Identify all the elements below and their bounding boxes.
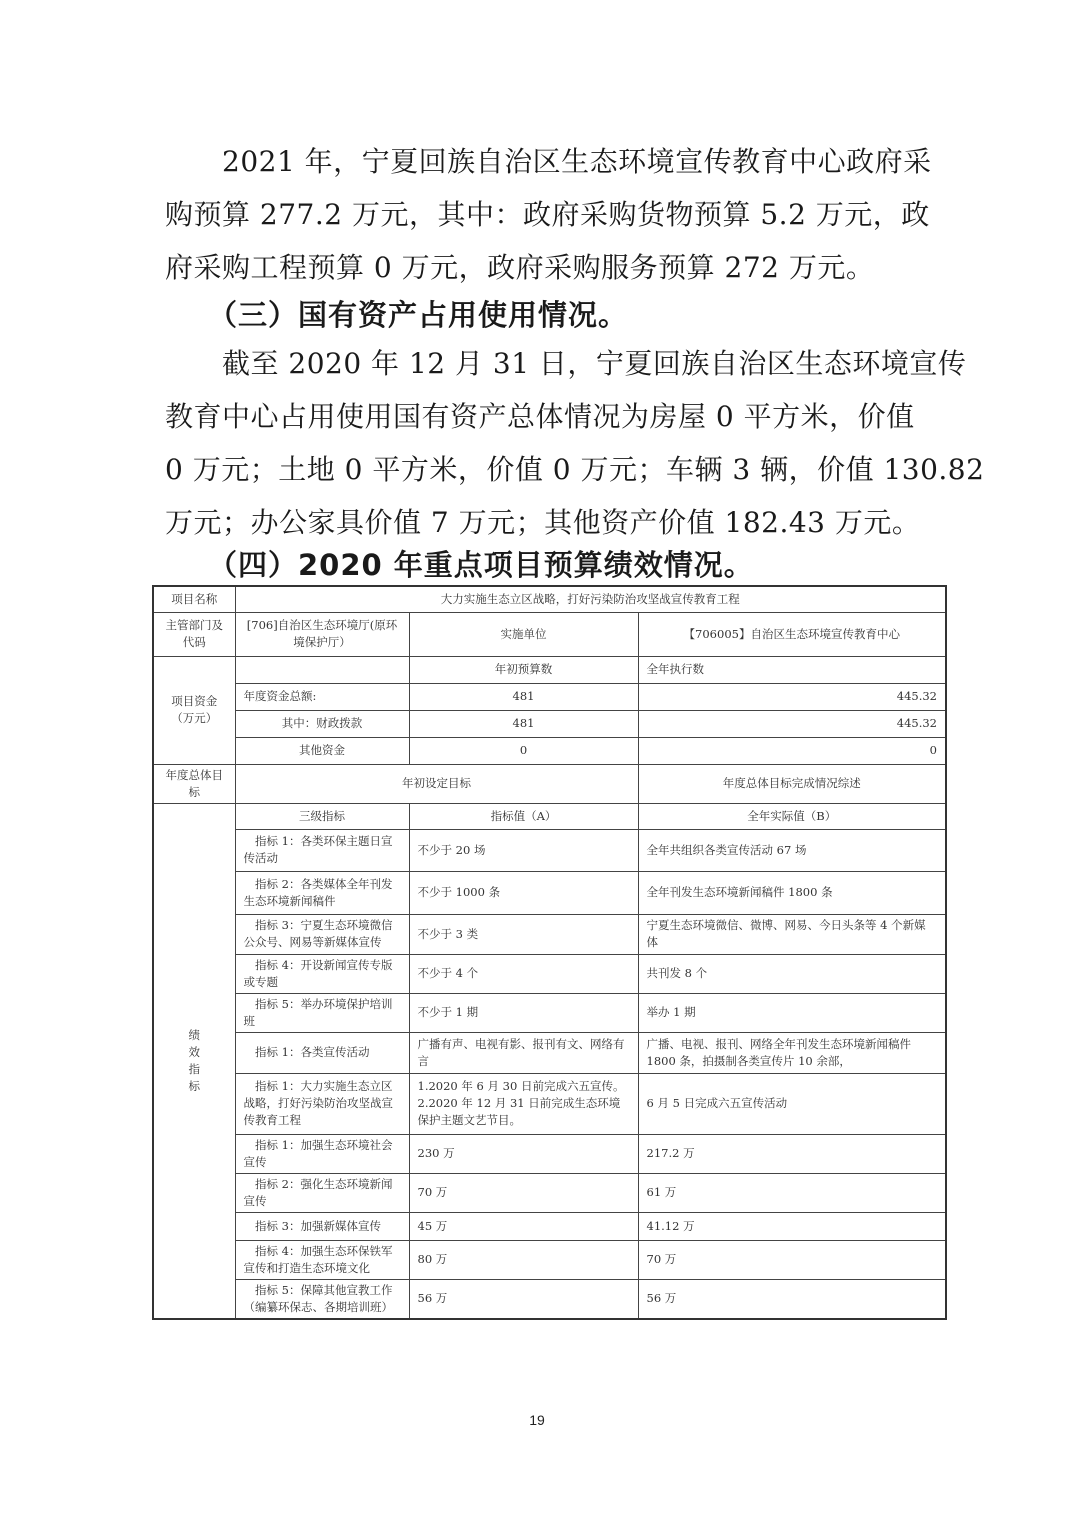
indicator-cell: 指标 1：各类宣传活动: [235, 1032, 409, 1073]
paragraph-line: 府采购工程预算 0 万元，政府采购服务预算 272 万元。: [165, 241, 915, 294]
table-row: 指标 1：各类宣传活动 广播有声、电视有影、报刊有文、网络有言 广播、电视、报刊…: [153, 1032, 946, 1073]
indicator-cell: 指标 1：大力实施生态立区战略，打好污染防治攻坚战宣传教育工程: [235, 1073, 409, 1134]
indicator-cell: 指标 3：宁夏生态环境微信公众号、网易等新媒体宣传: [235, 914, 409, 954]
table-row: 指标 1：加强生态环境社会宣传 230 万 217.2 万: [153, 1134, 946, 1173]
table-row: 指标 4：开设新闻宣传专版或专题 不少于 4 个 共刊发 8 个: [153, 954, 946, 993]
actual-cell: 6 月 5 日完成六五宣传活动: [638, 1073, 946, 1134]
goal-set: 年初设定目标: [235, 764, 638, 803]
indicator-cell: 指标 5：保障其他宣教工作（编纂环保志、各期培训班）: [235, 1279, 409, 1319]
indicator-cell: 指标 4：加强生态环保铁军宣传和打造生态环境文化: [235, 1240, 409, 1279]
table-row: 年度总体目标 年初设定目标 年度总体目标完成情况综述: [153, 764, 946, 803]
performance-table: 项目名称 大力实施生态立区战略，打好污染防治攻坚战宣传教育工程 主管部门及代码 …: [152, 585, 947, 1320]
table-row: 项目名称 大力实施生态立区战略，打好污染防治攻坚战宣传教育工程: [153, 586, 946, 612]
paragraph-line: 0 万元；土地 0 平方米，价值 0 万元；车辆 3 辆，价值 130.82: [165, 443, 915, 496]
funds-label: 项目资金（万元）: [153, 656, 235, 764]
target-cell: 80 万: [409, 1240, 638, 1279]
funds-row-label: 其中：财政拨款: [235, 710, 409, 737]
target-cell: 不少于 1 期: [409, 993, 638, 1032]
paragraph-line: 购预算 277.2 万元，其中：政府采购货物预算 5.2 万元，政: [165, 188, 915, 241]
table-row: 其他资金 0 0: [153, 737, 946, 764]
target-cell: 70 万: [409, 1173, 638, 1212]
section-heading-assets: （三）国有资产占用使用情况。: [208, 293, 628, 334]
section-heading-performance: （四）2020 年重点项目预算绩效情况。: [208, 543, 754, 584]
goal-label: 年度总体目标: [153, 764, 235, 803]
page-number: 19: [0, 1412, 1074, 1428]
executed-header: 全年执行数: [638, 656, 946, 683]
actual-cell: 41.12 万: [638, 1212, 946, 1240]
table-row: 指标 3：加强新媒体宣传 45 万 41.12 万: [153, 1212, 946, 1240]
actual-cell: 56 万: [638, 1279, 946, 1319]
table-row: 指标 2：强化生态环境新闻宣传 70 万 61 万: [153, 1173, 946, 1212]
target-cell: 不少于 20 场: [409, 829, 638, 871]
table-row: 主管部门及代码 [706]自治区生态环境厅(原环境保护厅） 实施单位 【7060…: [153, 612, 946, 656]
indicator-cell: 指标 1：各类环保主题日宣传活动: [235, 829, 409, 871]
target-cell: 广播有声、电视有影、报刊有文、网络有言: [409, 1032, 638, 1073]
funds-budget: 481: [409, 683, 638, 710]
actual-cell: 70 万: [638, 1240, 946, 1279]
dept-value: [706]自治区生态环境厅(原环境保护厅）: [235, 612, 409, 656]
indicator-cell: 指标 3：加强新媒体宣传: [235, 1212, 409, 1240]
target-cell: 56 万: [409, 1279, 638, 1319]
actual-cell: 全年共组织各类宣传活动 67 场: [638, 829, 946, 871]
target-cell: 不少于 4 个: [409, 954, 638, 993]
table-row: 指标 1：大力实施生态立区战略，打好污染防治攻坚战宣传教育工程 1.2020 年…: [153, 1073, 946, 1134]
procurement-paragraph: 2021 年，宁夏回族自治区生态环境宣传教育中心政府采 购预算 277.2 万元…: [165, 135, 915, 294]
funds-executed: 445.32: [638, 683, 946, 710]
table-row: 指标 1：各类环保主题日宣传活动 不少于 20 场 全年共组织各类宣传活动 67…: [153, 829, 946, 871]
table-row: 指标 5：保障其他宣教工作（编纂环保志、各期培训班） 56 万 56 万: [153, 1279, 946, 1319]
funds-executed: 0: [638, 737, 946, 764]
indicator-cell: 指标 2：强化生态环境新闻宣传: [235, 1173, 409, 1212]
actual-cell: 全年刊发生态环境新闻稿件 1800 条: [638, 871, 946, 914]
paragraph-line: 教育中心占用使用国有资产总体情况为房屋 0 平方米，价值: [165, 390, 915, 443]
perf-label-text: 绩效指标: [187, 1027, 201, 1095]
actual-cell: 共刊发 8 个: [638, 954, 946, 993]
dept-label: 主管部门及代码: [153, 612, 235, 656]
table-row: 绩效指标 三级指标 指标值（A） 全年实际值（B）: [153, 803, 946, 829]
indicator-cell: 指标 1：加强生态环境社会宣传: [235, 1134, 409, 1173]
target-cell: 230 万: [409, 1134, 638, 1173]
table-row: 年度资金总额: 481 445.32: [153, 683, 946, 710]
target-header: 指标值（A）: [409, 803, 638, 829]
paragraph-line: 2021 年，宁夏回族自治区生态环境宣传教育中心政府采: [165, 135, 915, 188]
paragraph-line: 万元；办公家具价值 7 万元；其他资产价值 182.43 万元。: [165, 496, 915, 549]
target-cell: 45 万: [409, 1212, 638, 1240]
target-cell: 不少于 3 类: [409, 914, 638, 954]
project-name-value: 大力实施生态立区战略，打好污染防治攻坚战宣传教育工程: [235, 586, 946, 612]
funds-row-label: 年度资金总额:: [235, 683, 409, 710]
table-row: 指标 5：举办环境保护培训班 不少于 1 期 举办 1 期: [153, 993, 946, 1032]
actual-cell: 举办 1 期: [638, 993, 946, 1032]
actual-header: 全年实际值（B）: [638, 803, 946, 829]
indicator-cell: 指标 2：各类媒体全年刊发生态环境新闻稿件: [235, 871, 409, 914]
indicator-cell: 指标 5：举办环境保护培训班: [235, 993, 409, 1032]
perf-label: 绩效指标: [153, 803, 235, 1319]
goal-summary: 年度总体目标完成情况综述: [638, 764, 946, 803]
funds-row-label: 其他资金: [235, 737, 409, 764]
funds-budget: 0: [409, 737, 638, 764]
table-row: 指标 2：各类媒体全年刊发生态环境新闻稿件 不少于 1000 条 全年刊发生态环…: [153, 871, 946, 914]
indicator-header: 三级指标: [235, 803, 409, 829]
actual-cell: 广播、电视、报刊、网络全年刊发生态环境新闻稿件 1800 条，拍摄制各类宣传片 …: [638, 1032, 946, 1073]
table-row: 项目资金（万元） 年初预算数 全年执行数: [153, 656, 946, 683]
table-row: 其中：财政拨款 481 445.32: [153, 710, 946, 737]
paragraph-line: 截至 2020 年 12 月 31 日，宁夏回族自治区生态环境宣传: [165, 337, 915, 390]
table-row: 指标 3：宁夏生态环境微信公众号、网易等新媒体宣传 不少于 3 类 宁夏生态环境…: [153, 914, 946, 954]
impl-value: 【706005】自治区生态环境宣传教育中心: [638, 612, 946, 656]
actual-cell: 宁夏生态环境微信、微博、网易、今日头条等 4 个新媒体: [638, 914, 946, 954]
funds-budget: 481: [409, 710, 638, 737]
actual-cell: 61 万: [638, 1173, 946, 1212]
budget-header: 年初预算数: [409, 656, 638, 683]
project-name-label: 项目名称: [153, 586, 235, 612]
impl-label: 实施单位: [409, 612, 638, 656]
empty-cell: [235, 656, 409, 683]
table-row: 指标 4：加强生态环保铁军宣传和打造生态环境文化 80 万 70 万: [153, 1240, 946, 1279]
actual-cell: 217.2 万: [638, 1134, 946, 1173]
target-cell: 1.2020 年 6 月 30 日前完成六五宣传。2.2020 年 12 月 3…: [409, 1073, 638, 1134]
assets-paragraph: 截至 2020 年 12 月 31 日，宁夏回族自治区生态环境宣传 教育中心占用…: [165, 337, 915, 549]
target-cell: 不少于 1000 条: [409, 871, 638, 914]
funds-executed: 445.32: [638, 710, 946, 737]
indicator-cell: 指标 4：开设新闻宣传专版或专题: [235, 954, 409, 993]
